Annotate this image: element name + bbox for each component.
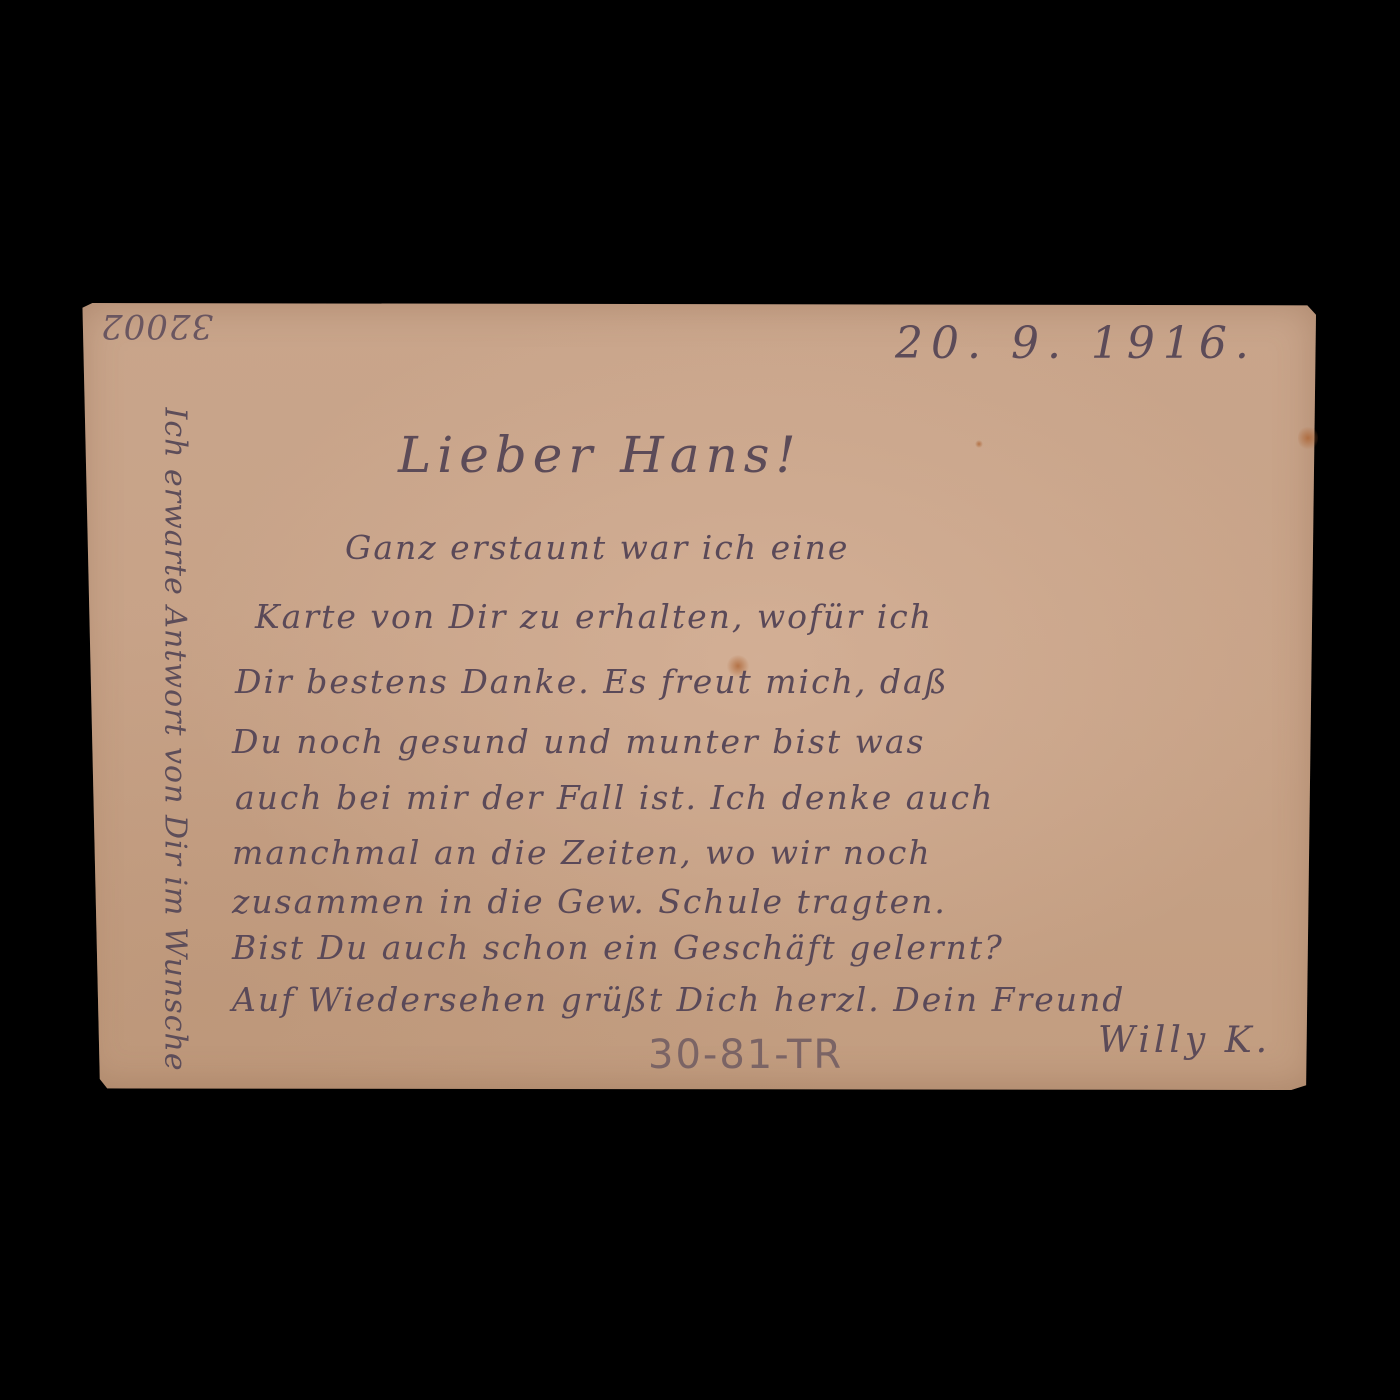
- body-line: zusammen in die Gew. Schule tragten.: [232, 882, 947, 921]
- signature: Willy K.: [1098, 1020, 1271, 1061]
- archive-number: 30-81-TR: [648, 1032, 843, 1078]
- rust-stain: [1298, 425, 1318, 451]
- salutation: Lieber Hans!: [398, 426, 802, 484]
- body-line: Bist Du auch schon ein Geschäft gelernt?: [232, 928, 1004, 967]
- letter-date: 20. 9. 1916.: [895, 318, 1257, 369]
- body-line: Du noch gesund und munter bist was: [232, 722, 925, 761]
- body-line: manchmal an die Zeiten, wo wir noch: [232, 833, 932, 872]
- body-line: Ganz erstaunt war ich eine: [345, 528, 849, 567]
- body-line: auch bei mir der Fall ist. Ich denke auc…: [235, 778, 994, 817]
- body-line: Auf Wiedersehen grüßt Dich herzl. Dein F…: [232, 980, 1125, 1019]
- corner-number: 32002: [100, 306, 213, 346]
- rust-stain: [975, 440, 983, 448]
- margin-note: Ich erwarte Antwort von Dir im Wunsche: [158, 408, 193, 1008]
- body-line: Karte von Dir zu erhalten, wofür ich: [255, 597, 933, 636]
- body-line: Dir bestens Danke. Es freut mich, daß: [235, 662, 949, 701]
